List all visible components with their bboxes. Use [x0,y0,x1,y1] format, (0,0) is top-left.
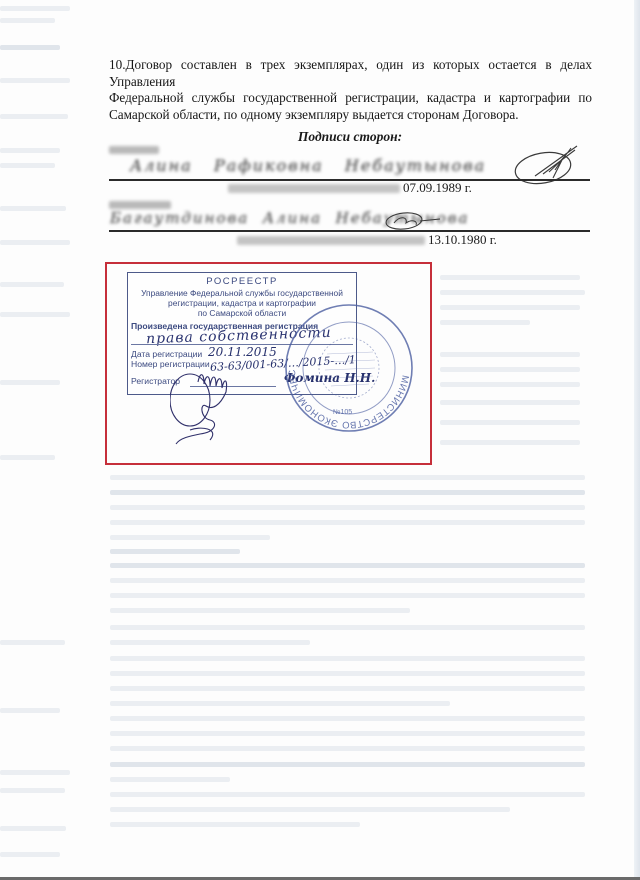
party2-signature-line [109,230,590,232]
party2-role-label-redacted [109,201,171,209]
clause-10-paragraph: 10.Договор составлен в трех экземплярах,… [109,57,592,123]
party1-handwritten-name: Алина Рафиковна Небаутынова [130,156,486,175]
party1-role-label-redacted [109,146,159,154]
scanned-document-page: 10.Договор составлен в трех экземплярах,… [0,0,640,880]
party1-signature-icon [505,140,585,190]
registration-stamp-highlight [105,262,432,465]
clause-10-line-1: 10.Договор составлен в трех экземплярах,… [109,57,592,90]
party1-printed-name-redacted [228,184,400,193]
clause-10-line-2: Федеральной службы государственной регис… [109,90,592,107]
party1-birth-date: 07.09.1989 г. [403,180,472,196]
party2-birth-date: 13.10.1980 г. [428,232,497,248]
clause-10-line-3: Самарской области, по одному экземпляру … [109,107,592,124]
party2-printed-name-redacted [237,236,425,245]
party1-signature-line [109,179,590,181]
